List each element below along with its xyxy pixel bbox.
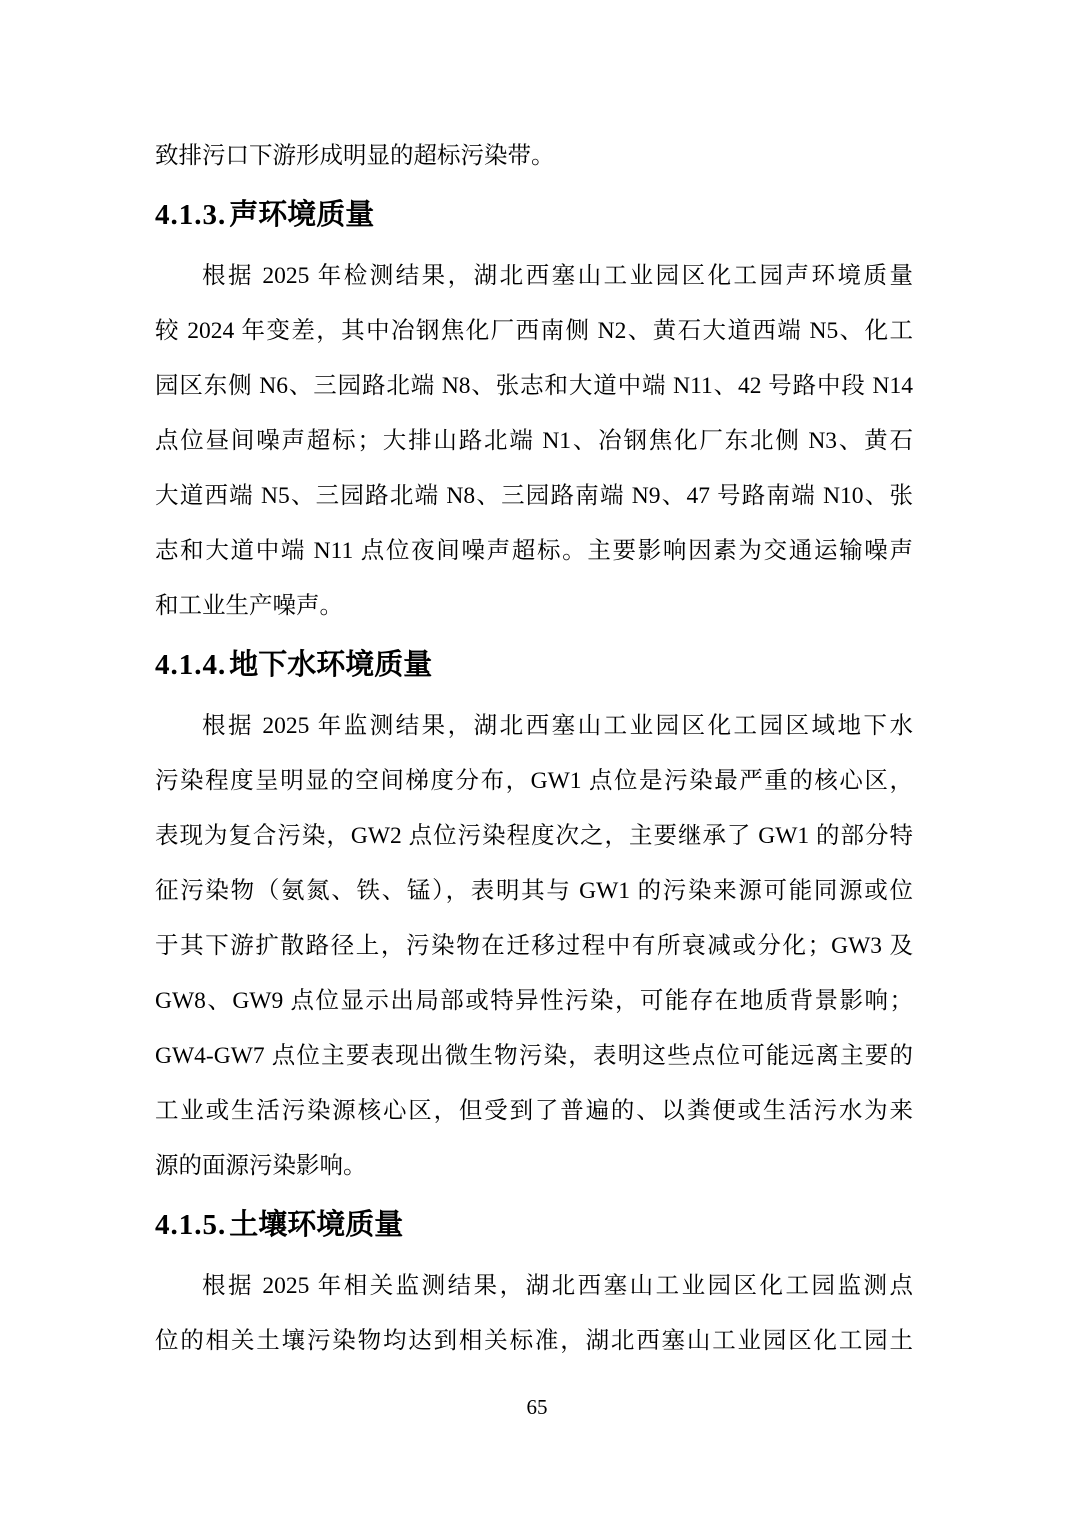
document-page: 致排污口下游形成明显的超标污染带。 4.1.3.声环境质量 根据 2025 年检…	[0, 0, 1074, 1520]
paragraph-line: 致排污口下游形成明显的超标污染带。	[155, 129, 913, 184]
paragraph-line: 较 2024 年变差，其中冶钢焦化厂西南侧 N2、黄石大道西端 N5、化工	[155, 304, 913, 359]
paragraph-acoustic-quality: 根据 2025 年检测结果，湖北西塞山工业园区化工园声环境质量 较 2024 年…	[155, 249, 913, 634]
paragraph-line: 污染程度呈明显的空间梯度分布，GW1 点位是污染最严重的核心区，	[155, 754, 913, 809]
section-heading-4-1-3: 4.1.3.声环境质量	[155, 188, 913, 243]
paragraph-line: 征污染物（氨氮、铁、锰），表明其与 GW1 的污染来源可能同源或位	[155, 864, 913, 919]
paragraph-groundwater-quality: 根据 2025 年监测结果，湖北西塞山工业园区化工园区域地下水 污染程度呈明显的…	[155, 699, 913, 1194]
paragraph-line: GW8、GW9 点位显示出局部或特异性污染，可能存在地质背景影响；	[155, 974, 913, 1029]
heading-number: 4.1.5.	[155, 1209, 226, 1241]
paragraph-line: 点位昼间噪声超标；大排山路北端 N1、冶钢焦化厂东北侧 N3、黄石	[155, 414, 913, 469]
paragraph-line: 于其下游扩散路径上，污染物在迁移过程中有所衰减或分化；GW3 及	[155, 919, 913, 974]
paragraph-line: 大道西端 N5、三园路北端 N8、三园路南端 N9、47 号路南端 N10、张	[155, 469, 913, 524]
section-heading-4-1-4: 4.1.4.地下水环境质量	[155, 638, 913, 693]
heading-number: 4.1.4.	[155, 649, 226, 681]
paragraph-line: 志和大道中端 N11 点位夜间噪声超标。主要影响因素为交通运输噪声	[155, 524, 913, 579]
heading-number: 4.1.3.	[155, 199, 226, 231]
paragraph-line: 根据 2025 年检测结果，湖北西塞山工业园区化工园声环境质量	[155, 249, 913, 304]
heading-title: 地下水环境质量	[229, 649, 432, 681]
heading-title: 声环境质量	[229, 199, 374, 231]
paragraph-line: 源的面源污染影响。	[155, 1139, 913, 1194]
paragraph-line: 和工业生产噪声。	[155, 579, 913, 634]
paragraph-line: 根据 2025 年监测结果，湖北西塞山工业园区化工园区域地下水	[155, 699, 913, 754]
section-heading-4-1-5: 4.1.5.土壤环境质量	[155, 1198, 913, 1253]
paragraph-line: 园区东侧 N6、三园路北端 N8、张志和大道中端 N11、42 号路中段 N14	[155, 359, 913, 414]
page-content: 致排污口下游形成明显的超标污染带。 4.1.3.声环境质量 根据 2025 年检…	[155, 129, 913, 1369]
page-number: 65	[0, 1394, 1074, 1420]
heading-title: 土壤环境质量	[229, 1209, 403, 1241]
paragraph-line: 位的相关土壤污染物均达到相关标准，湖北西塞山工业园区化工园土	[155, 1314, 913, 1369]
paragraph-line: 根据 2025 年相关监测结果，湖北西塞山工业园区化工园监测点	[155, 1259, 913, 1314]
paragraph-line: 表现为复合污染，GW2 点位污染程度次之，主要继承了 GW1 的部分特	[155, 809, 913, 864]
paragraph-soil-quality: 根据 2025 年相关监测结果，湖北西塞山工业园区化工园监测点 位的相关土壤污染…	[155, 1259, 913, 1369]
paragraph-line: 工业或生活污染源核心区，但受到了普遍的、以粪便或生活污水为来	[155, 1084, 913, 1139]
paragraph-line: GW4-GW7 点位主要表现出微生物污染，表明这些点位可能远离主要的	[155, 1029, 913, 1084]
